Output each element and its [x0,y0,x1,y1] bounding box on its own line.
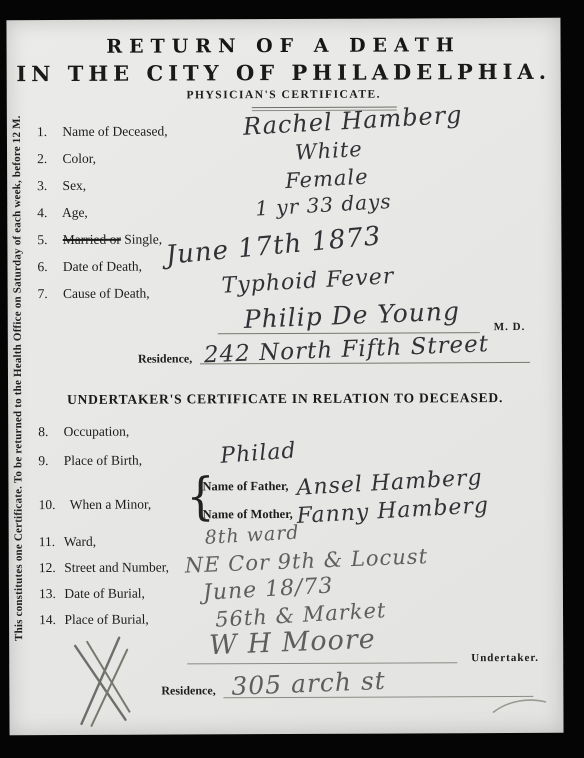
field-name-of-deceased: 1. Name of Deceased, [37,124,168,141]
undertaker-residence-rule [223,696,533,698]
undertaker-certificate-heading: UNDERTAKER'S CERTIFICATE IN RELATION TO … [8,390,562,408]
scan-black-border: This constitutes one Certificate. To be … [0,0,584,758]
handwritten-date-of-death: June 17th 1873 [165,221,383,271]
field-label: Date of Burial, [64,586,145,601]
handwritten-color: White [294,137,363,165]
field-label: Name of Deceased, [62,124,167,139]
field-label: Occupation, [64,424,130,439]
field-number: 6. [37,259,59,275]
field-number: 12. [39,560,61,576]
handwritten-date-of-burial: June 18/73 [202,573,334,605]
field-label: Date of Death, [63,259,142,274]
document-subtitle: IN THE CITY OF PHILADELPHIA. [7,59,561,86]
md-label: M. D. [494,321,526,333]
physician-signature: Philip De Young [243,296,460,333]
field-date-of-death: 6. Date of Death, [37,259,142,275]
field-place-of-burial: 14. Place of Burial, [39,612,149,628]
field-date-of-burial: 13. Date of Burial, [39,586,145,602]
margin-instruction-note: This constitutes one Certificate. To be … [10,28,25,728]
physician-residence-rule [200,362,530,364]
physician-certificate-heading: PHYSICIAN'S CERTIFICATE. [7,88,561,102]
field-number: 1. [37,124,59,140]
field-label: Street and Number, [64,560,169,575]
field-label: Ward, [64,534,96,549]
field-number: 8. [38,424,60,440]
field-number: 5. [37,232,59,248]
field-number: 11. [39,534,61,550]
handwritten-ward: 8th ward [204,521,300,548]
undertaker-signature: W H Moore [209,624,377,662]
field-place-of-birth: 9. Place of Birth, [38,453,142,469]
field-number: 13. [39,586,61,602]
field-label: Place of Burial, [64,612,148,627]
field-label: Sex, [63,178,87,193]
undertaker-residence-label: Residence, [161,683,215,698]
field-age: 4. Age, [37,205,88,221]
death-certificate-document: This constitutes one Certificate. To be … [6,18,563,735]
undertaker-residence-value: 305 arch st [231,666,386,701]
field-married-or-single: 5. Married or Single, [37,232,162,249]
pencil-squiggle-mark [489,694,549,718]
field-occupation: 8. Occupation, [38,424,129,440]
handwritten-sex: Female [285,164,370,193]
name-of-father-label: Name of Father, [202,479,288,494]
field-ward: 11. Ward, [39,534,96,550]
handwritten-cause-of-death: Typhoid Fever [221,264,395,299]
field-number: 7. [38,286,60,302]
struck-married-or-text: Married or [63,232,121,247]
field-cause-of-death: 7. Cause of Death, [38,286,150,302]
field-number: 2. [37,151,59,167]
field-number: 10. [39,497,67,513]
field-street-and-number: 12. Street and Number, [39,560,169,577]
field-number: 3. [37,178,59,194]
name-of-mother-label: Name of Mother, [203,507,293,522]
handwritten-street-and-number: NE Cor 9th & Locust [184,544,428,578]
handwritten-age: 1 yr 33 days [255,189,393,221]
field-label: Color, [62,151,96,166]
undertaker-label: Undertaker. [471,652,539,664]
field-sex: 3. Sex, [37,178,86,194]
document-title: RETURN OF A DEATH [7,34,561,58]
pencil-crossout-mark [67,628,137,728]
field-label: Place of Birth, [64,453,142,468]
handwritten-place-of-birth: Philad [220,438,298,469]
field-color: 2. Color, [37,151,96,167]
undertaker-signature-rule [187,662,457,664]
field-number: 14. [39,612,61,628]
field-label: Single, [124,232,162,247]
field-label: Age, [62,205,88,220]
field-label: When a Minor, [70,497,152,512]
field-when-a-minor: 10. When a Minor, [39,497,152,513]
field-number: 4. [37,205,59,221]
field-label: Cause of Death, [63,286,150,301]
field-number: 9. [38,453,60,469]
physician-residence-label: Residence, [138,351,192,366]
